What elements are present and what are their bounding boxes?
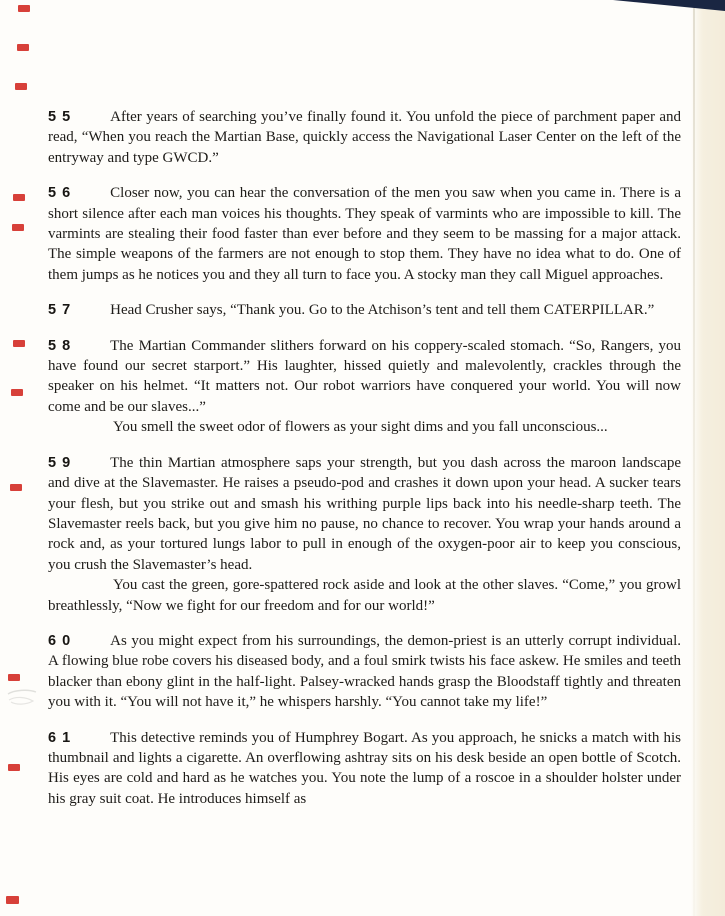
section-text: As you might expect from his surrounding… (48, 633, 681, 710)
section-continuation: You cast the green, gore-spattered rock … (48, 575, 681, 616)
section-number: 60 (48, 633, 76, 649)
section-continuation: You smell the sweet odor of flowers as y… (48, 417, 681, 437)
section-text: Closer now, you can hear the conversatio… (48, 185, 681, 283)
red-edge-mark (8, 764, 20, 771)
section-61: 61This detective reminds you of Humphrey… (48, 728, 681, 810)
section-paragraph: 55After years of searching you’ve finall… (48, 107, 681, 168)
section-60: 60As you might expect from his surroundi… (48, 631, 681, 713)
section-number: 56 (48, 185, 76, 201)
section-text: After years of searching you’ve finally … (48, 109, 681, 166)
section-text: The thin Martian atmosphere saps your st… (48, 455, 681, 573)
section-text: Head Crusher says, “Thank you. Go to the… (110, 302, 654, 318)
red-edge-mark (12, 224, 24, 231)
section-number: 59 (48, 455, 76, 471)
section-number: 55 (48, 109, 76, 125)
section-paragraph: 61This detective reminds you of Humphrey… (48, 728, 681, 810)
section-paragraph: 60As you might expect from his surroundi… (48, 631, 681, 713)
page-edge-crease (693, 0, 695, 916)
section-paragraph: 58The Martian Commander slithers forward… (48, 336, 681, 418)
section-58: 58The Martian Commander slithers forward… (48, 336, 681, 438)
section-paragraph: 57Head Crusher says, “Thank you. Go to t… (48, 300, 681, 320)
red-edge-mark (6, 896, 19, 904)
section-number: 57 (48, 302, 76, 318)
section-text: This detective reminds you of Humphrey B… (48, 730, 681, 807)
red-edge-mark (11, 389, 23, 396)
red-edge-mark (8, 674, 20, 681)
section-paragraph: 59The thin Martian atmosphere saps your … (48, 453, 681, 575)
section-text: The Martian Commander slithers forward o… (48, 338, 681, 415)
pencil-smudge (6, 684, 40, 710)
scanned-book-page: 55After years of searching you’ve finall… (0, 0, 725, 916)
red-edge-mark (13, 340, 25, 347)
red-edge-mark (17, 44, 29, 51)
section-number: 58 (48, 338, 76, 354)
section-57: 57Head Crusher says, “Thank you. Go to t… (48, 300, 681, 320)
red-edge-mark (15, 83, 27, 90)
page-edge-band (691, 0, 725, 916)
red-edge-mark (10, 484, 22, 491)
red-edge-mark (18, 5, 30, 12)
corner-shadow (613, 0, 725, 11)
section-number: 61 (48, 730, 76, 746)
section-paragraph: 56Closer now, you can hear the conversat… (48, 183, 681, 285)
section-59: 59The thin Martian atmosphere saps your … (48, 453, 681, 616)
section-55: 55After years of searching you’ve finall… (48, 107, 681, 168)
section-56: 56Closer now, you can hear the conversat… (48, 183, 681, 285)
red-edge-mark (13, 194, 25, 201)
page-text: 55After years of searching you’ve finall… (48, 107, 681, 824)
